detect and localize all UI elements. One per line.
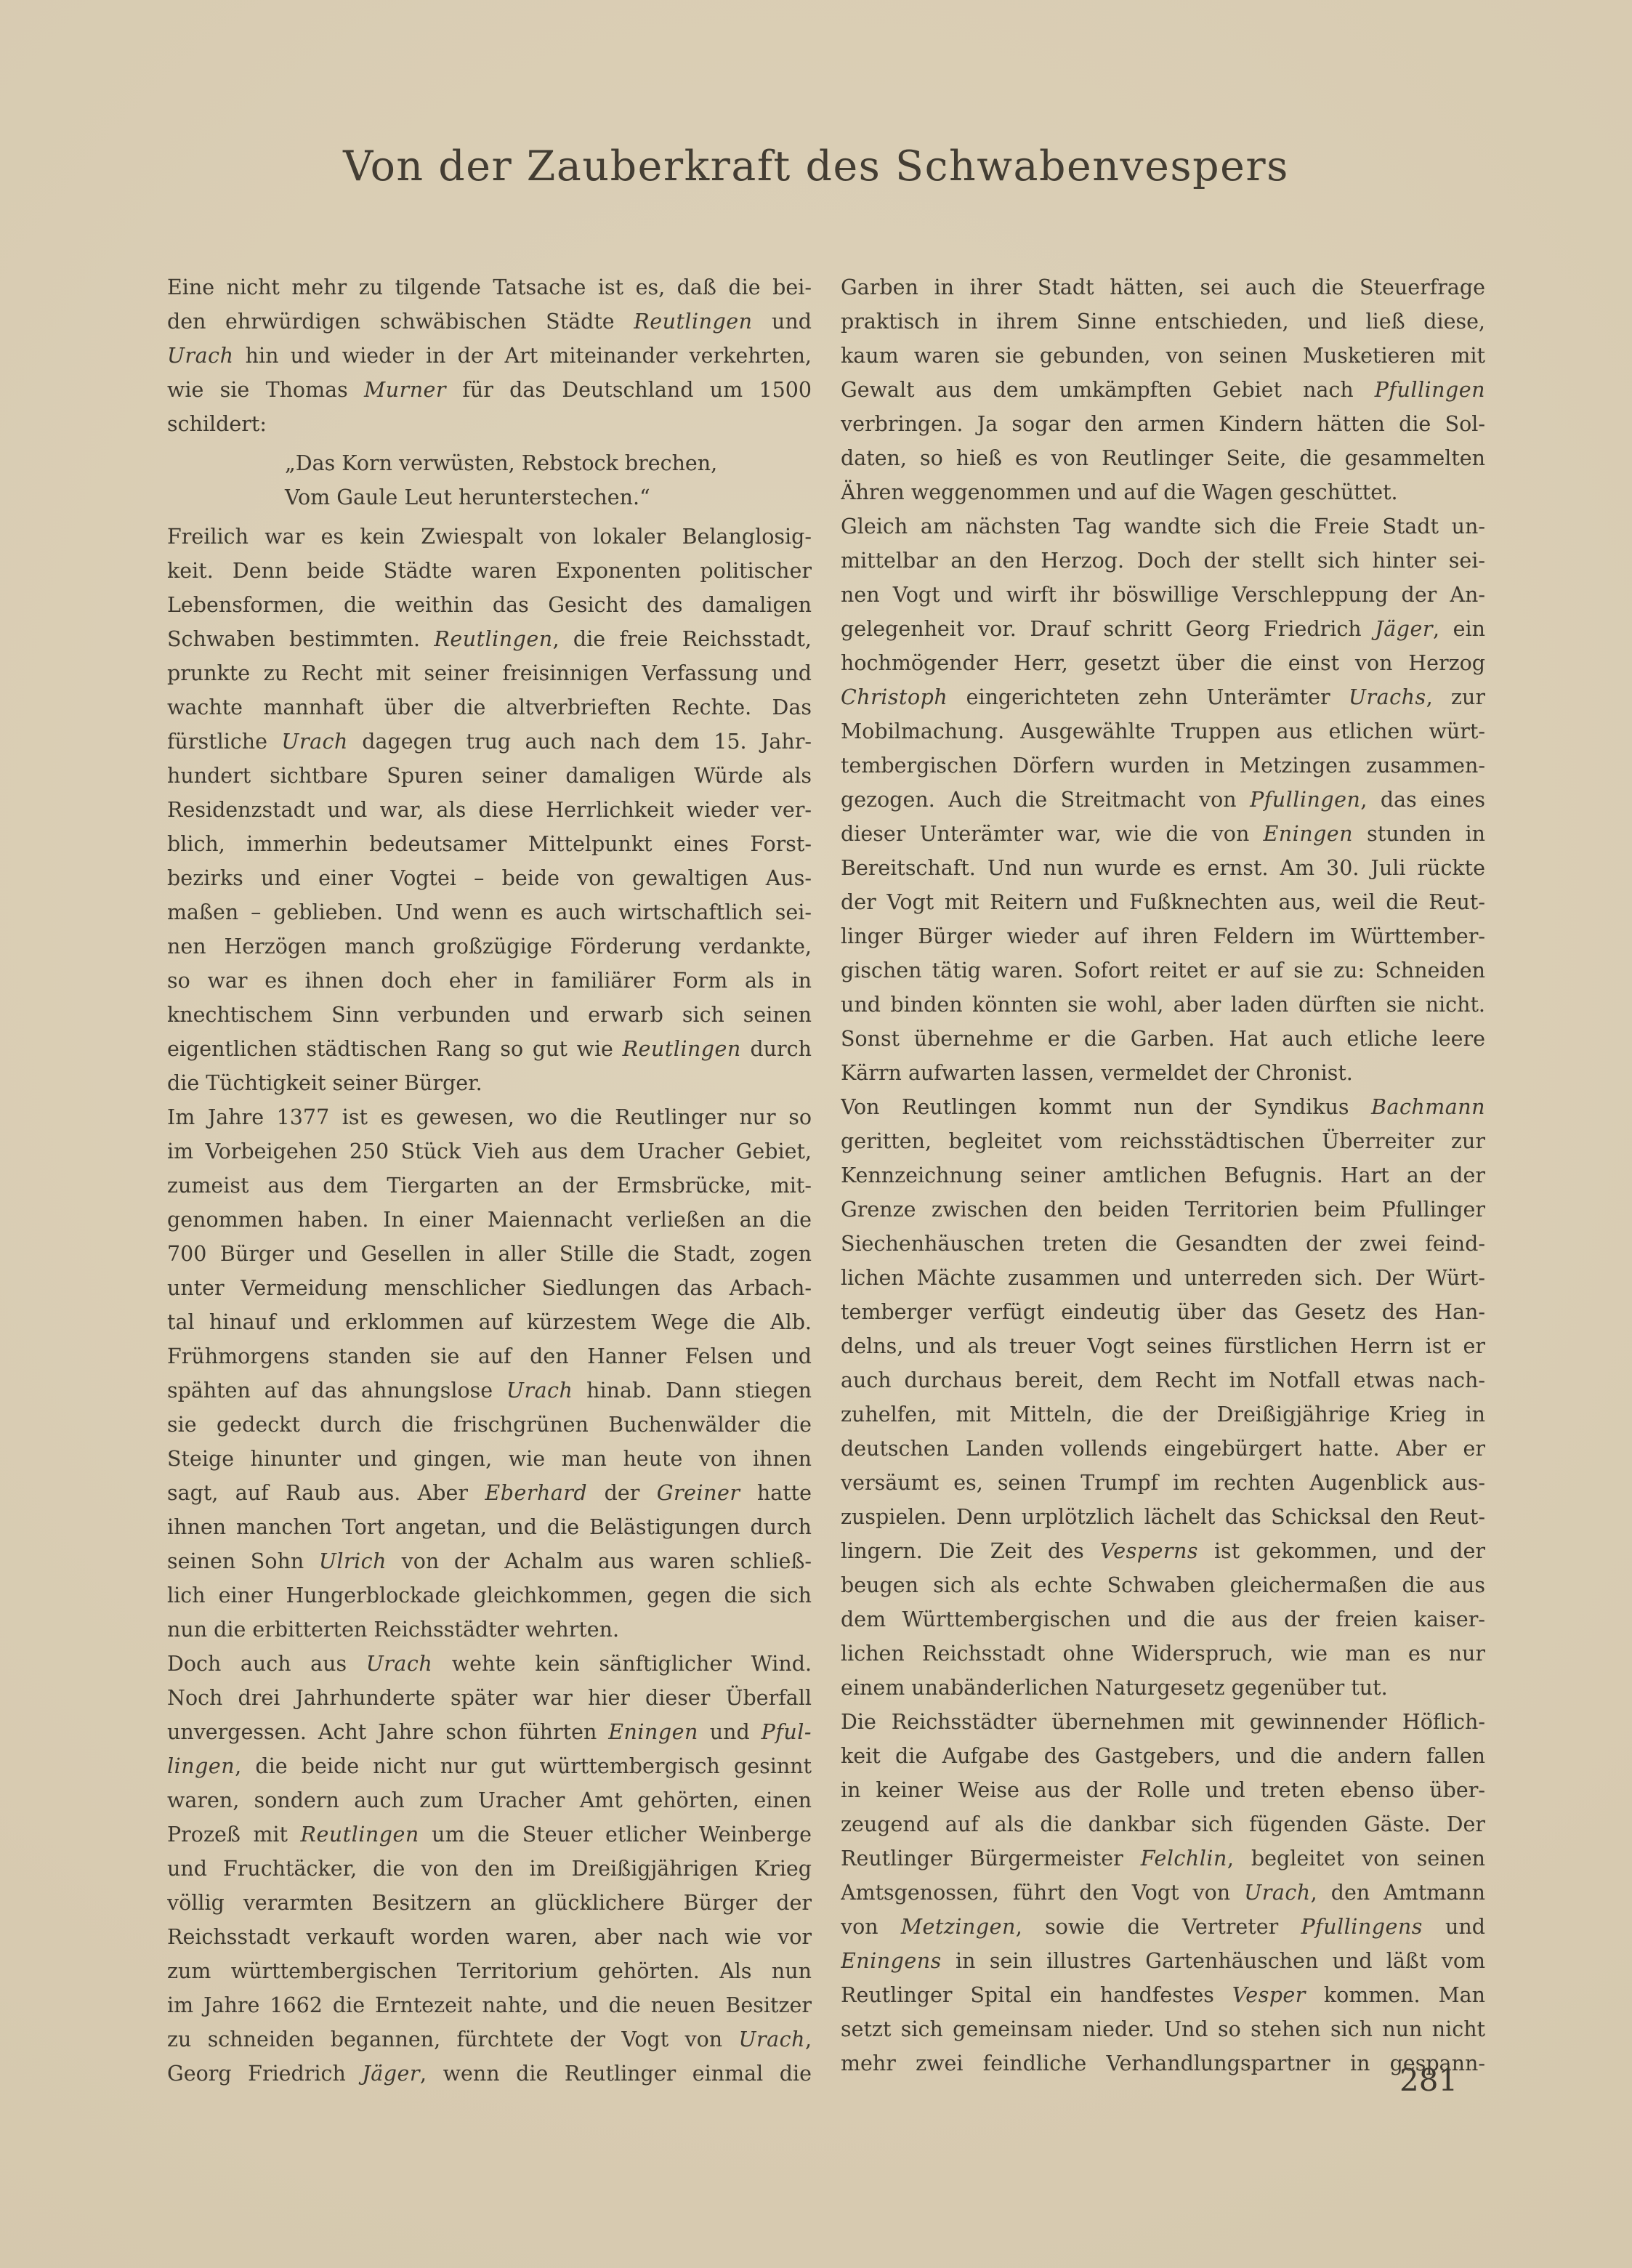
text-line: Gleich am nächsten Tag wandte sich die F… — [841, 509, 1485, 544]
text-line: Kennzeichnung seiner amtlichen Befugnis.… — [841, 1158, 1485, 1192]
text-line: praktisch in ihrem Sinne entschieden, un… — [841, 304, 1485, 339]
text-columns: Eine nicht mehr zu tilgende Tatsache ist… — [167, 270, 1485, 2091]
text-line: Ähren weggenommen und auf die Wagen gesc… — [841, 475, 1485, 509]
text-line: schildert: — [167, 407, 812, 441]
text-line: bezirks und einer Vogtei – beide von gew… — [167, 861, 812, 895]
text-line: völlig verarmten Besitzern an glückliche… — [167, 1886, 812, 1920]
text-line: Grenze zwischen den beiden Territorien b… — [841, 1192, 1485, 1227]
text-line: Sonst übernehme er die Garben. Hat auch … — [841, 1022, 1485, 1056]
text-line: lingern. Die Zeit des Vesperns ist gekom… — [841, 1534, 1485, 1568]
text-line: hundert sichtbare Spuren seiner damalige… — [167, 759, 812, 793]
text-line: mittelbar an den Herzog. Doch der stellt… — [841, 544, 1485, 578]
text-line: deutschen Landen vollends eingebürgert h… — [841, 1432, 1485, 1466]
scanned-page: Von der Zauberkraft des Schwabenvespers … — [0, 0, 1632, 2268]
text-line: wachte mannhaft über die altverbrieften … — [167, 690, 812, 725]
text-line: spähten auf das ahnungslose Urach hinab.… — [167, 1373, 812, 1408]
text-line: Eningens in sein illustres Gartenhäusche… — [841, 1944, 1485, 1978]
text-line: „Das Korn verwüsten, Rebstock brechen, — [167, 446, 812, 480]
text-line: sagt, auf Raub aus. Aber Eberhard der Gr… — [167, 1476, 812, 1510]
text-line: Vom Gaule Leut herunterstechen.“ — [167, 480, 812, 514]
text-line: seinen Sohn Ulrich von der Achalm aus wa… — [167, 1544, 812, 1578]
text-line: keit die Aufgabe des Gastgebers, und die… — [841, 1739, 1485, 1773]
text-line: fürstliche Urach dagegen trug auch nach … — [167, 725, 812, 759]
text-line: Eine nicht mehr zu tilgende Tatsache ist… — [167, 270, 812, 304]
text-line: Reutlinger Bürgermeister Felchlin, begle… — [841, 1841, 1485, 1876]
text-line: zuhelfen, mit Mitteln, die der Dreißigjä… — [841, 1397, 1485, 1432]
text-line: Frühmorgens standen sie auf den Hanner F… — [167, 1339, 812, 1373]
text-line: blich, immerhin bedeutsamer Mittelpunkt … — [167, 827, 812, 861]
text-line: tal hinauf und erklommen auf kürzestem W… — [167, 1305, 812, 1339]
text-line: genommen haben. In einer Maiennacht verl… — [167, 1203, 812, 1237]
text-line: eigentlichen städtischen Rang so gut wie… — [167, 1032, 812, 1066]
text-line: lichen Reichsstadt ohne Widerspruch, wie… — [841, 1637, 1485, 1671]
text-line: keit. Denn beide Städte waren Exponenten… — [167, 554, 812, 588]
text-line: gelegenheit vor. Drauf schritt Georg Fri… — [841, 612, 1485, 646]
text-line: 700 Bürger und Gesellen in aller Stille … — [167, 1237, 812, 1271]
text-line: Georg Friedrich Jäger, wenn die Reutling… — [167, 2057, 812, 2091]
text-line: einem unabänderlichen Naturgesetz gegenü… — [841, 1671, 1485, 1705]
text-line: beugen sich als echte Schwaben gleicherm… — [841, 1568, 1485, 1602]
text-line: nen Vogt und wirft ihr böswillige Versch… — [841, 578, 1485, 612]
text-line: Amtsgenossen, führt den Vogt von Urach, … — [841, 1876, 1485, 1910]
text-line: Siechenhäuschen treten die Gesandten der… — [841, 1227, 1485, 1261]
text-line: waren, sondern auch zum Uracher Amt gehö… — [167, 1783, 812, 1817]
text-line: auch durchaus bereit, dem Recht im Notfa… — [841, 1363, 1485, 1397]
text-line: gischen tätig waren. Sofort reitet er au… — [841, 953, 1485, 988]
text-line: tembergischen Dörfern wurden in Metzinge… — [841, 748, 1485, 783]
text-line: Von Reutlingen kommt nun der Syndikus Ba… — [841, 1090, 1485, 1124]
text-line: versäumt es, seinen Trumpf im rechten Au… — [841, 1466, 1485, 1500]
text-line: dem Württembergischen und die aus der fr… — [841, 1602, 1485, 1637]
text-line: unter Vermeidung menschlicher Siedlungen… — [167, 1271, 812, 1305]
text-line: zum württembergischen Territorium gehört… — [167, 1954, 812, 1988]
text-line: Residenzstadt und war, als diese Herrlic… — [167, 793, 812, 827]
text-line: Prozeß mit Reutlingen um die Steuer etli… — [167, 1817, 812, 1852]
text-line: in keiner Weise aus der Rolle und treten… — [841, 1773, 1485, 1807]
text-line: lingen, die beide nicht nur gut württemb… — [167, 1749, 812, 1783]
text-line: Freilich war es kein Zwiespalt von lokal… — [167, 520, 812, 554]
text-line: der Vogt mit Reitern und Fußknechten aus… — [841, 885, 1485, 919]
text-line: Christoph eingerichteten zehn Unterämter… — [841, 680, 1485, 714]
text-line: knechtischem Sinn verbunden und erwarb s… — [167, 998, 812, 1032]
text-line: im Jahre 1662 die Erntezeit nahte, und d… — [167, 1988, 812, 2022]
text-line: temberger verfügt eindeutig über das Ges… — [841, 1295, 1485, 1329]
text-line: nun die erbitterten Reichsstädter wehrte… — [167, 1613, 812, 1647]
text-line: ihnen manchen Tort angetan, und die Belä… — [167, 1510, 812, 1544]
text-line: Reutlinger Spital ein handfestes Vesper … — [841, 1978, 1485, 2012]
text-line: hochmögender Herr, gesetzt über die eins… — [841, 646, 1485, 680]
text-line: kaum waren sie gebunden, von seinen Musk… — [841, 339, 1485, 373]
text-column-right: Garben in ihrer Stadt hätten, sei auch d… — [841, 270, 1485, 2091]
page-number: 281 — [1399, 2062, 1458, 2098]
text-line: Kärrn aufwarten lassen, vermeldet der Ch… — [841, 1056, 1485, 1090]
text-line: von Metzingen, sowie die Vertreter Pfull… — [841, 1910, 1485, 1944]
text-line: und Fruchtäcker, die von den im Dreißigj… — [167, 1852, 812, 1886]
text-line: im Vorbeigehen 250 Stück Vieh aus dem Ur… — [167, 1134, 812, 1169]
text-line: so war es ihnen doch eher in familiärer … — [167, 964, 812, 998]
text-line: maßen – geblieben. Und wenn es auch wirt… — [167, 895, 812, 929]
text-line: delns, und als treuer Vogt seines fürstl… — [841, 1329, 1485, 1363]
text-line: die Tüchtigkeit seiner Bürger. — [167, 1066, 812, 1100]
text-line: Im Jahre 1377 ist es gewesen, wo die Reu… — [167, 1100, 812, 1134]
text-line: gezogen. Auch die Streitmacht von Pfulli… — [841, 783, 1485, 817]
text-line: Noch drei Jahrhunderte später war hier d… — [167, 1681, 812, 1715]
text-line: sie gedeckt durch die frischgrünen Buche… — [167, 1408, 812, 1442]
text-line: wie sie Thomas Murner für das Deutschlan… — [167, 373, 812, 407]
text-line: Reichsstadt verkauft worden waren, aber … — [167, 1920, 812, 1954]
text-line: den ehrwürdigen schwäbischen Städte Reut… — [167, 304, 812, 339]
text-line: Garben in ihrer Stadt hätten, sei auch d… — [841, 270, 1485, 304]
text-line: linger Bürger wieder auf ihren Feldern i… — [841, 919, 1485, 953]
text-line: zu schneiden begannen, fürchtete der Vog… — [167, 2022, 812, 2057]
text-line: Die Reichsstädter übernehmen mit gewinne… — [841, 1705, 1485, 1739]
text-line: mehr zwei feindliche Verhandlungspartner… — [841, 2046, 1485, 2081]
text-line: zumeist aus dem Tiergarten an der Ermsbr… — [167, 1169, 812, 1203]
text-line: Schwaben bestimmten. Reutlingen, die fre… — [167, 622, 812, 656]
page-title: Von der Zauberkraft des Schwabenvespers — [0, 142, 1632, 190]
text-line: lichen Mächte zusammen und unterreden si… — [841, 1261, 1485, 1295]
text-line: Doch auch aus Urach wehte kein sänftigli… — [167, 1647, 812, 1681]
text-line: Mobilmachung. Ausgewählte Truppen aus et… — [841, 714, 1485, 748]
text-line: Bereitschaft. Und nun wurde es ernst. Am… — [841, 851, 1485, 885]
text-line: zeugend auf als die dankbar sich fügende… — [841, 1807, 1485, 1841]
text-line: dieser Unterämter war, wie die von Ening… — [841, 817, 1485, 851]
text-line: geritten, begleitet vom reichsstädtische… — [841, 1124, 1485, 1158]
text-line: und binden könnten sie wohl, aber laden … — [841, 988, 1485, 1022]
text-line: Gewalt aus dem umkämpften Gebiet nach Pf… — [841, 373, 1485, 407]
text-line: nen Herzögen manch großzügige Förderung … — [167, 929, 812, 964]
text-line: daten, so hieß es von Reutlinger Seite, … — [841, 441, 1485, 475]
text-column-left: Eine nicht mehr zu tilgende Tatsache ist… — [167, 270, 812, 2091]
text-line: verbringen. Ja sogar den armen Kindern h… — [841, 407, 1485, 441]
text-line: zuspielen. Denn urplötzlich lächelt das … — [841, 1500, 1485, 1534]
text-line: unvergessen. Acht Jahre schon führten En… — [167, 1715, 812, 1749]
text-line: Steige hinunter und gingen, wie man heut… — [167, 1442, 812, 1476]
text-line: Urach hin und wieder in der Art miteinan… — [167, 339, 812, 373]
text-line: Lebensformen, die weithin das Gesicht de… — [167, 588, 812, 622]
text-line: lich einer Hungerblockade gleichkommen, … — [167, 1578, 812, 1613]
text-line: prunkte zu Recht mit seiner freisinnigen… — [167, 656, 812, 690]
text-line: setzt sich gemeinsam nieder. Und so steh… — [841, 2012, 1485, 2046]
